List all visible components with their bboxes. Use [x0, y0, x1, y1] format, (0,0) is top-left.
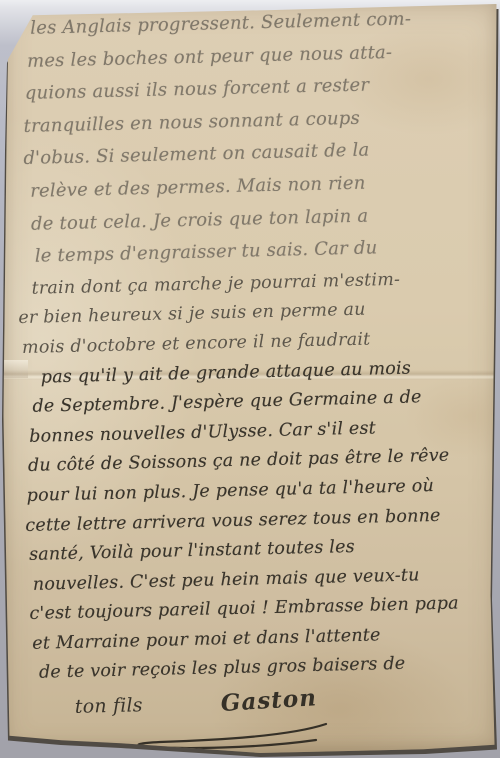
letter-text: les Anglais progressent. Seulement com- …	[20, 6, 500, 732]
letter-closing: ton fils	[75, 694, 143, 718]
photo-background: les Anglais progressent. Seulement com- …	[0, 0, 500, 758]
signature: Gaston	[220, 684, 318, 717]
letter-paper: les Anglais progressent. Seulement com- …	[2, 4, 498, 753]
